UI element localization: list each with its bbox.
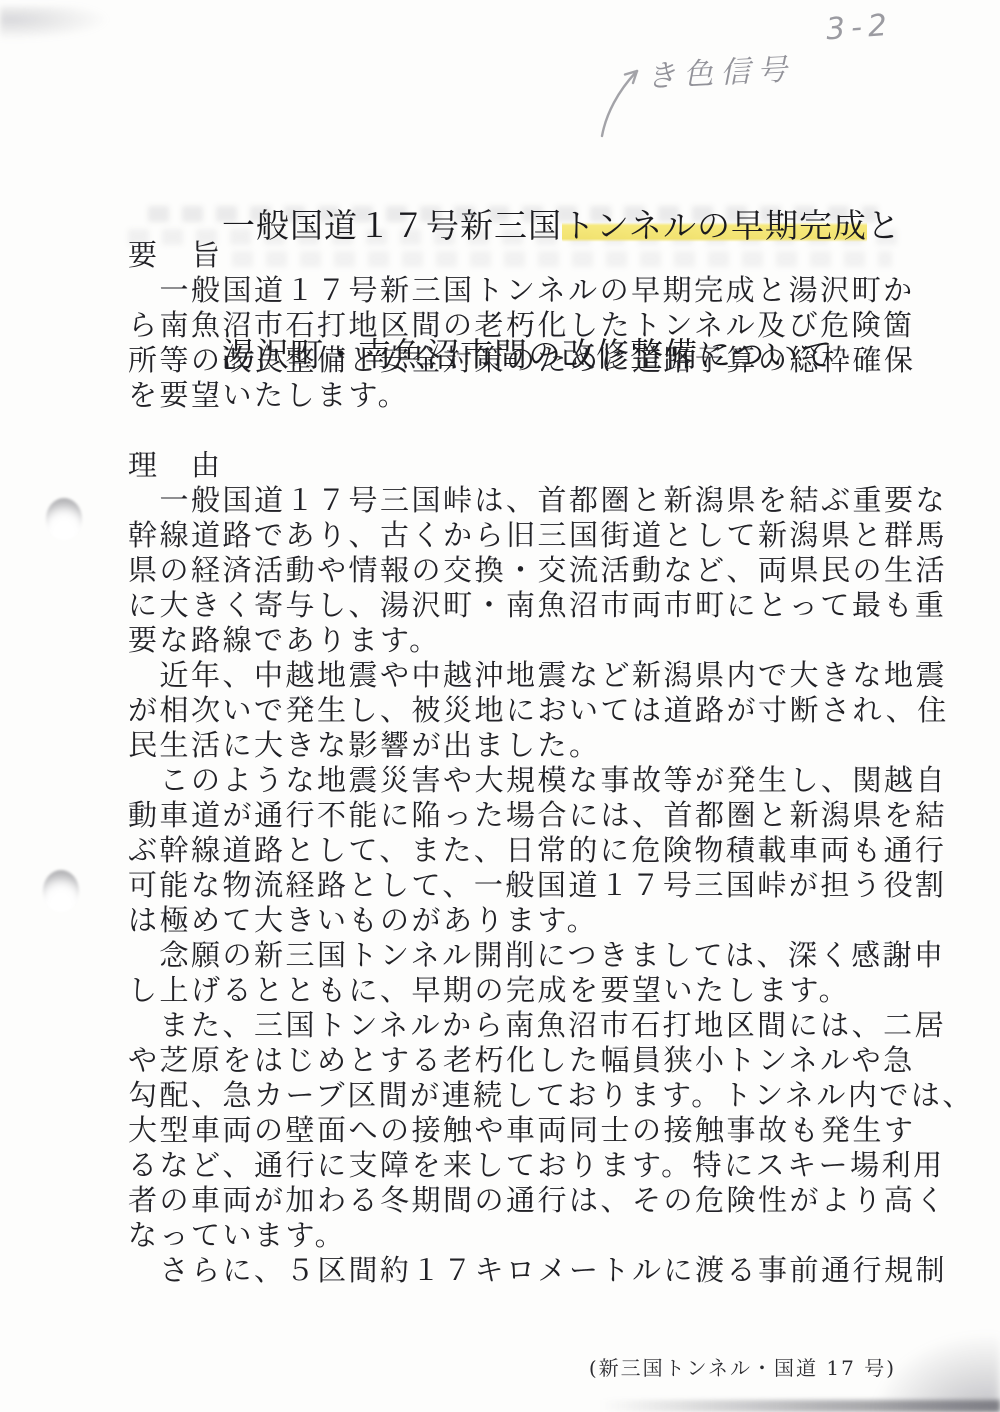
scan-smudge xyxy=(0,6,110,40)
document-footer: (新三国トンネル・国道 17 号) xyxy=(589,1352,896,1381)
handwritten-annotation: き色信号 xyxy=(645,44,795,96)
punch-hole xyxy=(46,498,82,540)
scan-smudge xyxy=(600,1400,1000,1412)
reason-paragraph: 念願の新三国トンネル開削につきましては、深く感謝申 し上げるとともに、早期の完成… xyxy=(128,938,990,1008)
summary-paragraph: 一般国道１７号新三国トンネルの早期完成と湯沢町か ら南魚沼市石打地区間の老朽化し… xyxy=(128,273,990,413)
reason-paragraph: また、三国トンネルから南魚沼市石打地区間には、二居 や芝原をはじめとする老朽化し… xyxy=(128,1008,990,1253)
section-heading-reason: 理 由 xyxy=(128,448,990,483)
scanned-document-page: 3-2 き色信号 一般国道１７号新三国トンネルの早期完成と 湯沢町・南魚沼市間の… xyxy=(0,0,1000,1412)
punch-hole xyxy=(43,870,79,912)
document-body: 要 旨 一般国道１７号新三国トンネルの早期完成と湯沢町か ら南魚沼市石打地区間の… xyxy=(128,238,990,1288)
handwritten-page-number: 3-2 xyxy=(825,8,894,48)
reason-paragraph: さらに、５区間約１７キロメートルに渡る事前通行規制 xyxy=(128,1253,990,1288)
reason-paragraph: このような地震災害や大規模な事故等が発生し、関越自 動車道が通行不能に陥った場合… xyxy=(128,763,990,938)
reason-paragraph: 近年、中越地震や中越沖地震など新潟県内で大きな地震 が相次いで発生し、被災地にお… xyxy=(128,658,990,763)
section-heading-summary: 要 旨 xyxy=(128,238,990,273)
reason-paragraph: 一般国道１７号三国峠は、首都圏と新潟県を結ぶ重要な 幹線道路であり、古くから旧三… xyxy=(128,483,990,658)
